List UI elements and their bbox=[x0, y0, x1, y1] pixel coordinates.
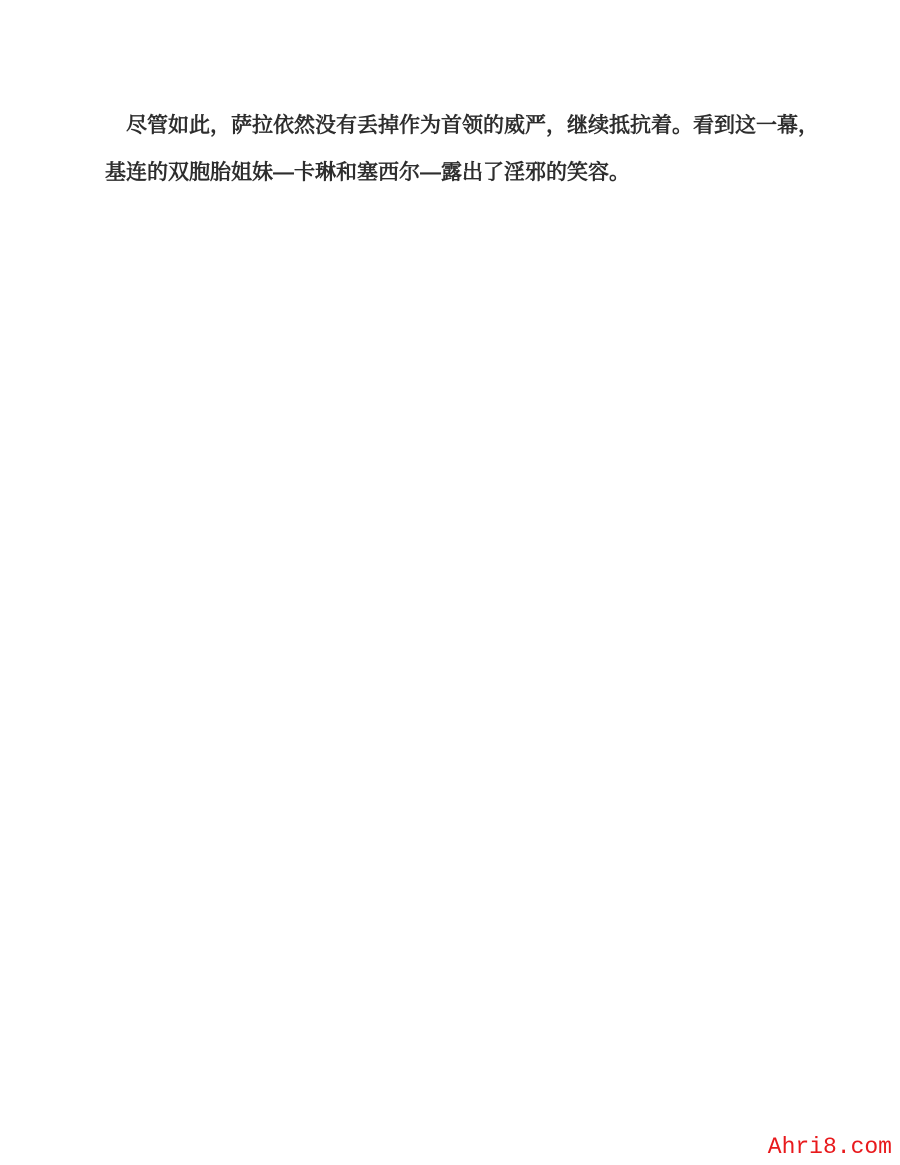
paragraph: 尽管如此，萨拉依然没有丢掉作为首领的威严，继续抵抗着。看到这一幕， 基连的双胞胎… bbox=[105, 102, 837, 196]
site-watermark: Ahri8.com bbox=[768, 1136, 892, 1159]
document-page: 尽管如此，萨拉依然没有丢掉作为首领的威严，继续抵抗着。看到这一幕， 基连的双胞胎… bbox=[0, 0, 900, 1165]
paragraph-line-1: 尽管如此，萨拉依然没有丢掉作为首领的威严，继续抵抗着。看到这一幕， bbox=[105, 102, 837, 149]
paragraph-line-2: 基连的双胞胎姐妹—卡琳和塞西尔—露出了淫邪的笑容。 bbox=[105, 149, 837, 196]
